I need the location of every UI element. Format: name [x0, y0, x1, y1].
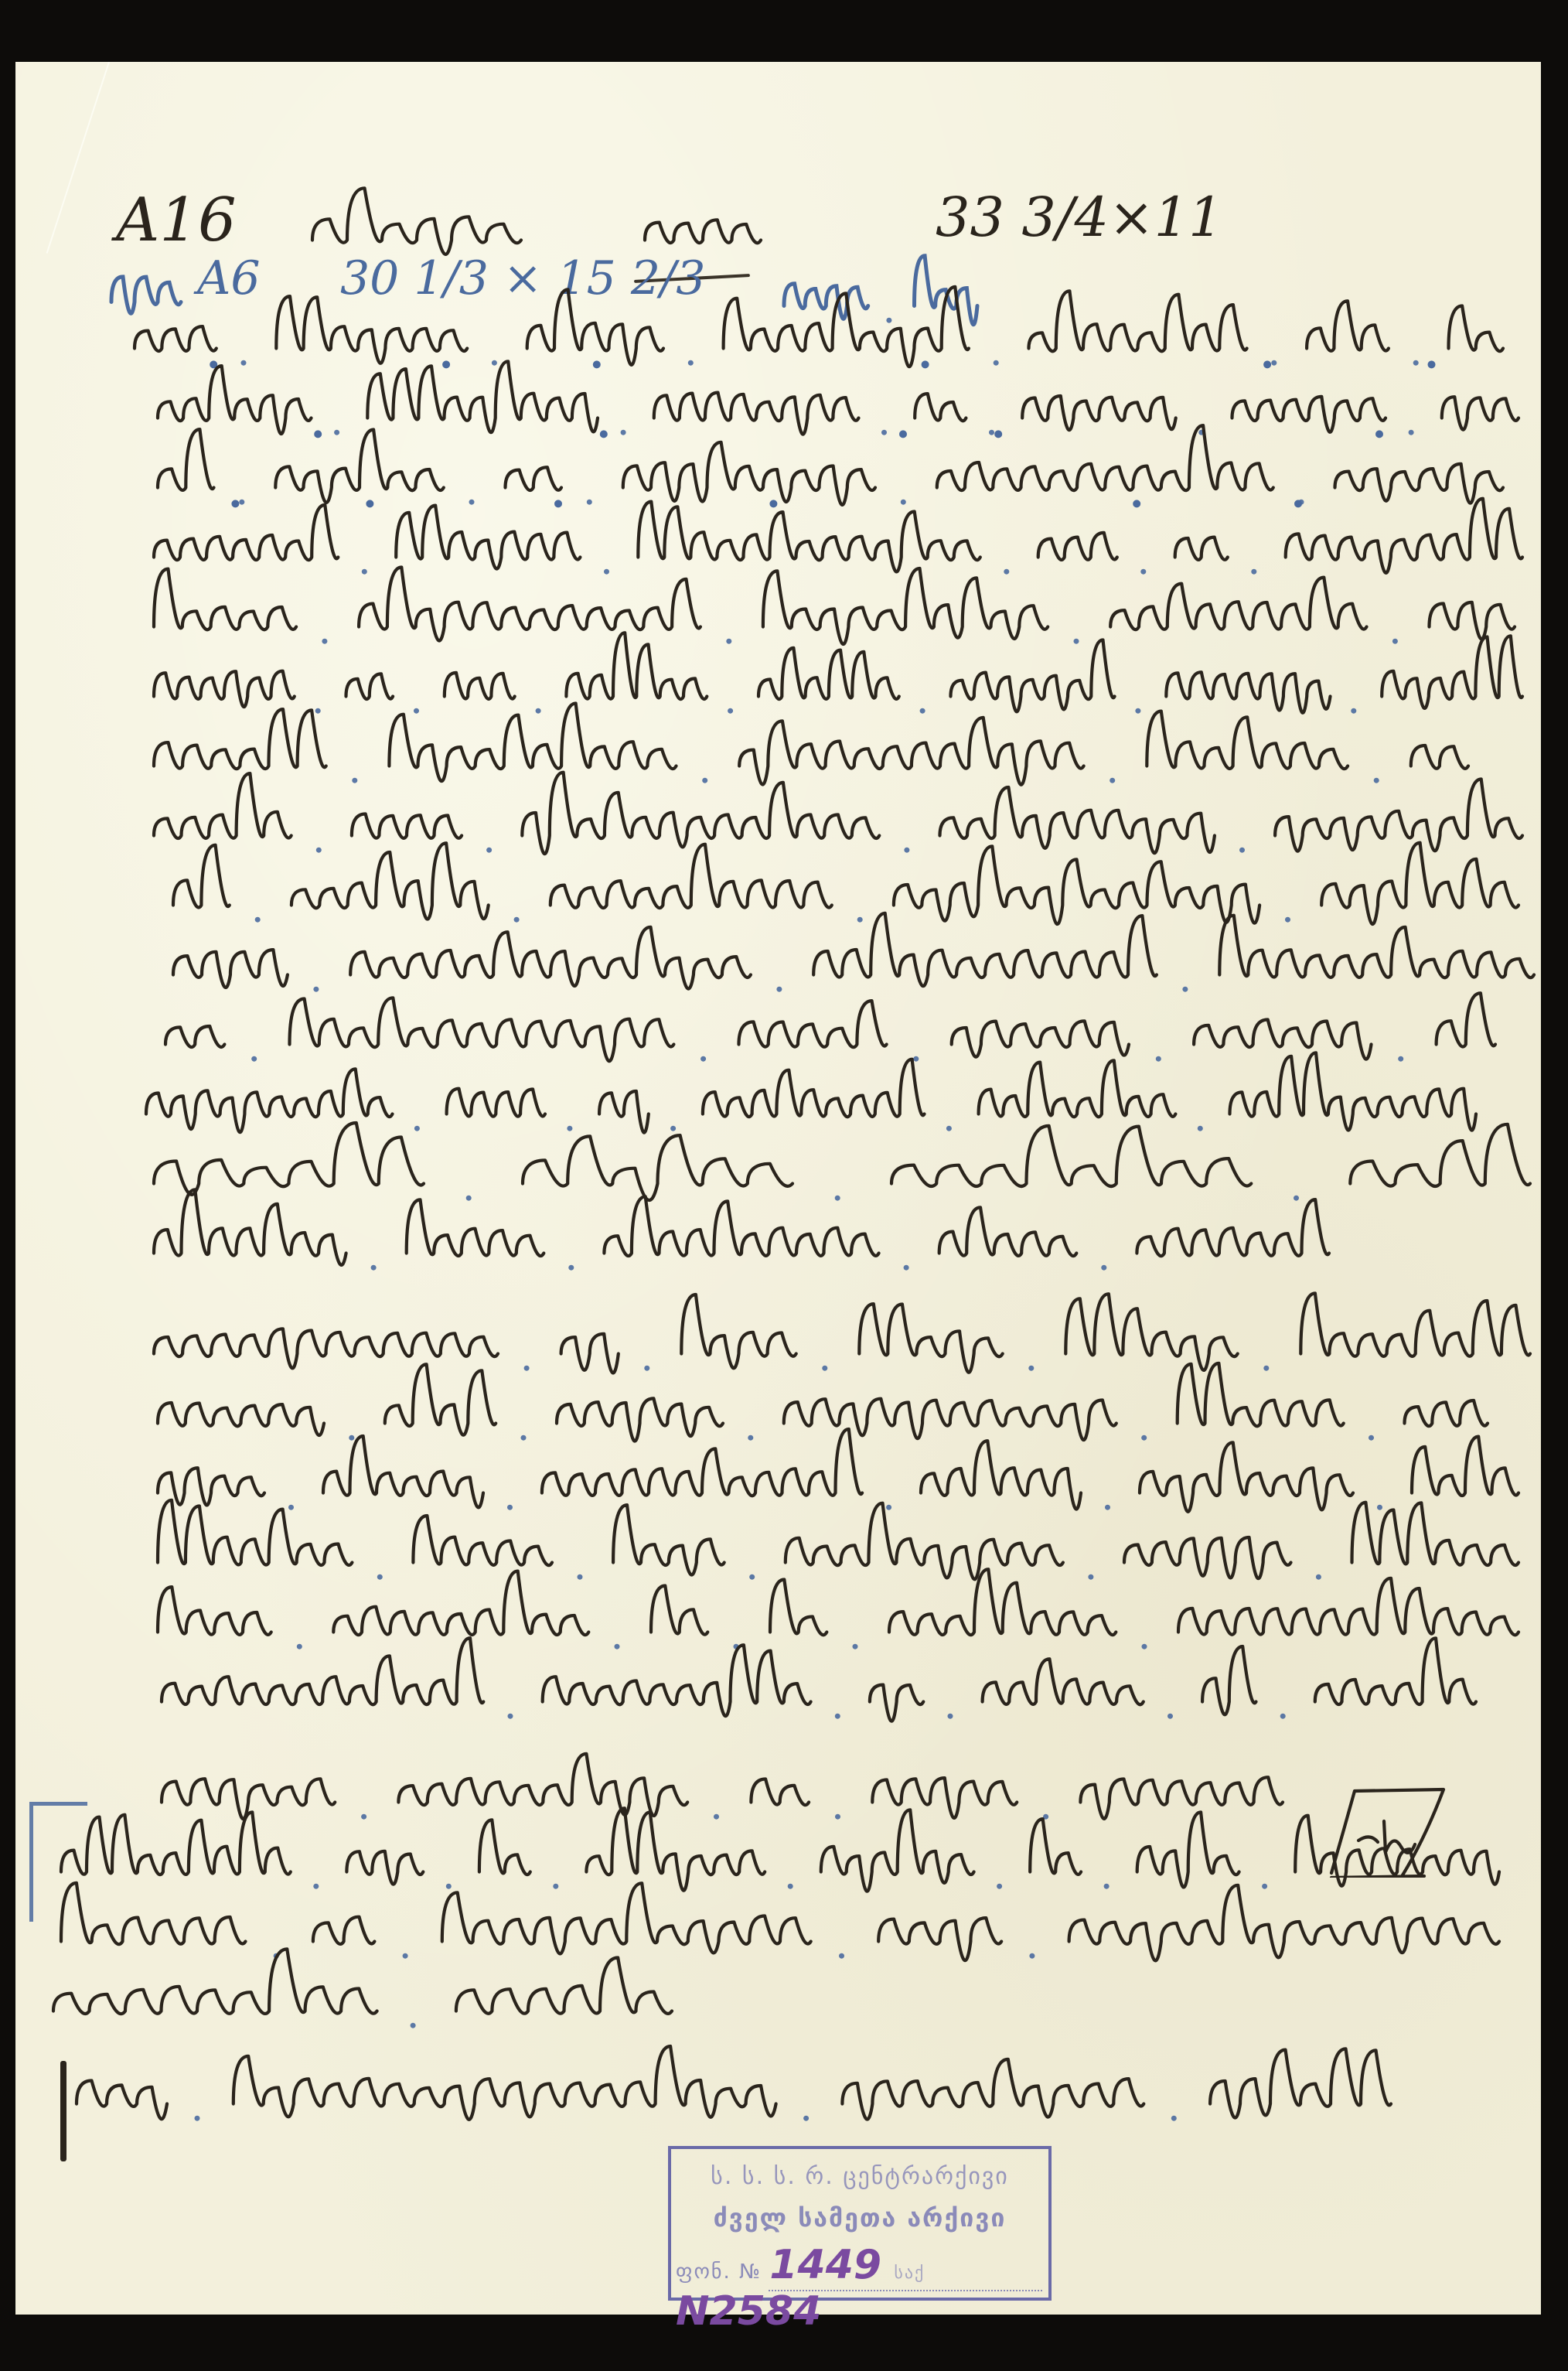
archive-stamp: ს. ს. ს. რ. ცენტრარქივი ძველ სამეთა არქი…: [668, 2146, 1052, 2301]
stamp-item-number: N2584: [676, 2288, 821, 2335]
stamp-fond-label: ფონ. №: [676, 2260, 762, 2284]
manuscript-line: [151, 1206, 1326, 1291]
manuscript-line: [159, 1655, 1473, 1740]
handwriting-scribble: [73, 2057, 1388, 2142]
header-folio: 33 3/4×11: [936, 186, 1223, 249]
handwriting-scribble: [159, 1655, 1473, 1740]
paper-crease: [46, 62, 110, 254]
manuscript-line: [50, 1964, 669, 2049]
boxed-word: [1324, 1786, 1447, 1878]
stamp-separator: საქ: [894, 2264, 925, 2283]
handwriting-scribble: [50, 1964, 669, 2049]
stamp-institution: ს. ს. ს. რ. ცენტრარქივი: [671, 2163, 1048, 2190]
margin-bracket: [29, 1802, 87, 1922]
header-blue-dims: 30 1/3 × 15 2/3: [340, 251, 705, 305]
stamp-archive-name: ძველ სამეთა არქივი: [671, 2203, 1048, 2233]
handwriting-scribble: [151, 1206, 1326, 1291]
stamp-fond-number: 1449: [769, 2242, 881, 2288]
box-outline: [1324, 1786, 1447, 1878]
header-blue-ref: A6: [197, 251, 261, 305]
left-margin-mark: [60, 2061, 66, 2161]
manuscript-line: [73, 2057, 1388, 2142]
header-ref: A16: [116, 186, 237, 255]
stamp-fond-row: ფონ. № 1449 საქ N2584: [676, 2242, 1048, 2335]
stamp-dotted-line: [769, 2290, 1042, 2291]
